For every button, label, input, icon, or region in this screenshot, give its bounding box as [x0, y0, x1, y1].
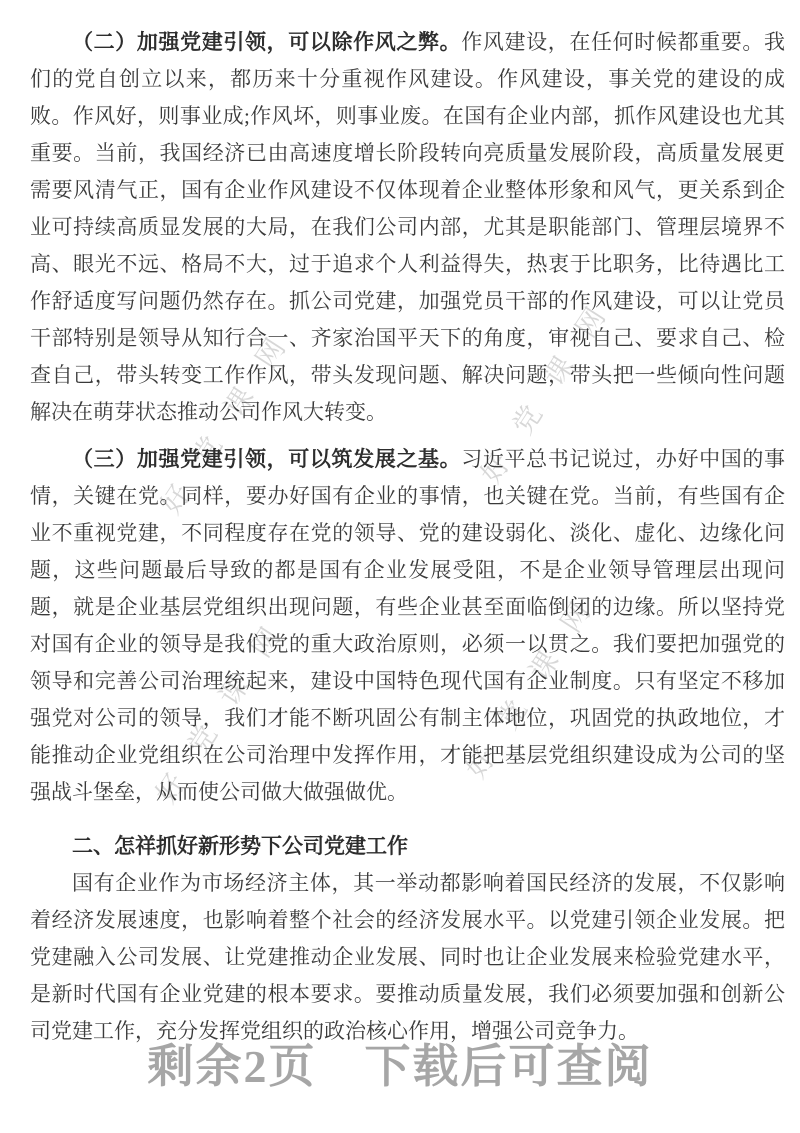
paragraph-2-lead: （二）加强党建引领，可以除作风之弊。 — [72, 30, 461, 54]
paragraph-3: （三）加强党建引领，可以筑发展之基。习近平总书记说过，办好中国的事情，关键在党。… — [30, 441, 785, 811]
clipped-top-line: 发挥战斗堡垒作用。 — [40, 0, 229, 7]
paragraph-2: （二）加强党建引领，可以除作风之弊。作风建设，在任何时候都重要。我们的党自创立以… — [30, 24, 785, 431]
paragraph-3-text: 习近平总书记说过，办好中国的事情，关键在党。同样，要办好国有企业的事情，也关键在… — [30, 447, 785, 804]
section-heading: 二、怎祥抓好新形势下公司党建工作 — [30, 828, 785, 865]
download-hint-label: 下载后可查阅 — [365, 1041, 653, 1092]
remaining-pages-banner: 剩余2页下载后可查阅 — [0, 1030, 800, 1096]
document-body: 发挥战斗堡垒作用。 （二）加强党建引领，可以除作风之弊。作风建设，在任何时候都重… — [0, 0, 800, 1050]
closing-paragraph: 国有企业作为市场经济主体，其一举动都影响着国民经济的发展，不仅影响着经济发展速度… — [30, 865, 785, 1050]
paragraph-3-lead: （三）加强党建引领，可以筑发展之基。 — [72, 447, 461, 471]
paragraph-2-text: 作风建设，在任何时候都重要。我们的党自创立以来，都历来十分重视作风建设。作风建设… — [30, 30, 785, 424]
closing-paragraph-text: 国有企业作为市场经济主体，其一举动都影响着国民经济的发展，不仅影响着经济发展速度… — [30, 871, 785, 1043]
document-page: 好党课网 好党课网 好党课网 好党课网 发挥战斗堡垒作用。 （二）加强党建引领，… — [0, 0, 800, 1133]
pages-left-label: 剩余2页 — [148, 1041, 317, 1092]
